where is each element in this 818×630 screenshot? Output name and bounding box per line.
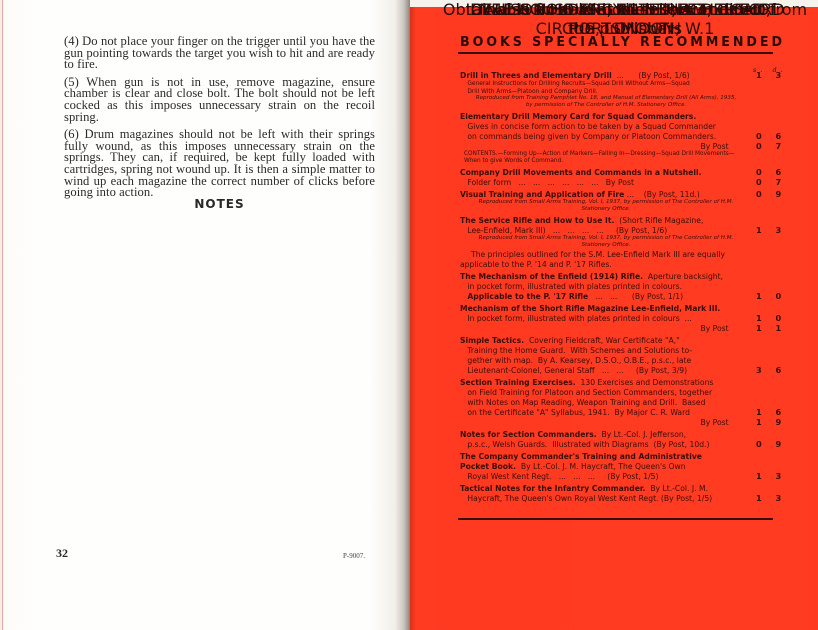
entry-text: on commands being given by Company or Pl…	[467, 131, 716, 141]
bottom-rule	[458, 518, 773, 520]
entry-remark: The principles outlined for the S.M. Lee…	[460, 249, 745, 269]
entry-line: Tactical Notes for the Infantry Commande…	[460, 483, 780, 493]
book-title: The Mechanism of the Enfield (1914) Rifl…	[460, 271, 643, 281]
entry-line: Section Training Exercises. 130 Exercise…	[460, 377, 780, 387]
entry-text: Aperture backsight,	[643, 271, 723, 281]
price: 1 3	[756, 493, 787, 503]
title-rule	[458, 52, 773, 54]
book-list: Drill in Threes and Elementary Drill ...…	[460, 70, 780, 505]
book-title: The Service Rifle and How to Use It.	[460, 215, 614, 225]
entry-line: Lieutenant-Colonel, General Staff ... ..…	[460, 365, 780, 375]
entry-text: By Post	[700, 141, 728, 151]
book-entry: The Company Commander's Training and Adm…	[460, 451, 780, 481]
instruction-paragraph-6: (6) Drum magazines should not be left wi…	[64, 129, 375, 199]
entry-contents: CONTENTS.—Forming Up—Action of Markers—F…	[460, 151, 749, 165]
entry-text: gether with map. By A. Kearsey, D.S.O., …	[467, 355, 691, 365]
price: 0 9	[756, 439, 787, 449]
book-title: Visual Training and Application of Fire	[460, 189, 624, 199]
permission-note: Reproduced from Small Arms Training, Vol…	[460, 235, 752, 249]
entry-text: Royal West Kent Regt. ... ... ... (By Po…	[467, 471, 658, 481]
book-entry: The Mechanism of the Enfield (1914) Rifl…	[460, 271, 780, 301]
book-entry: Elementary Drill Memory Card for Squad C…	[460, 111, 780, 165]
book-entry: Company Drill Movements and Commands in …	[460, 167, 780, 187]
book-title: Pocket Book.	[460, 461, 516, 471]
book-title: The Company Commander's Training and Adm…	[460, 451, 702, 461]
entry-text: p.s.c., Welsh Guards. Illustrated with D…	[467, 439, 709, 449]
entry-text: in pocket form, illustrated with plates …	[467, 281, 682, 291]
price: 1 3	[756, 70, 787, 80]
entry-text: Folder form ... ... ... ... ... ... By P…	[467, 177, 634, 187]
entry-line: The Company Commander's Training and Adm…	[460, 451, 780, 461]
entry-text: ... ... (By Post, 1/1)	[588, 291, 683, 301]
entry-line: The Mechanism of the Enfield (1914) Rifl…	[460, 271, 780, 281]
entry-text: By Lt.-Col. J. M.	[645, 483, 708, 493]
page-edge	[2, 0, 3, 630]
entry-text: By Lt.-Col. J. M. Haycraft, The Queen's …	[516, 461, 686, 471]
entry-line: gether with map. By A. Kearsey, D.S.O., …	[460, 355, 780, 365]
entry-line: in pocket form, illustrated with plates …	[460, 281, 780, 291]
price: 1 3	[756, 471, 787, 481]
entry-text: Haycraft, The Queen's Own Royal West Ken…	[467, 493, 712, 503]
price: 1 3	[756, 225, 787, 235]
entry-line: on Field Training for Platoon and Sectio…	[460, 387, 780, 397]
entry-line: Applicable to the P. '17 Rifle ... ... (…	[460, 291, 780, 301]
entry-text: (Short Rifle Magazine,	[614, 215, 703, 225]
price: 1 1	[756, 323, 787, 333]
entry-line: Haycraft, The Queen's Own Royal West Ken…	[460, 493, 780, 503]
instruction-paragraph-5: (5) When gun is not in use, remove magaz…	[64, 77, 375, 123]
entry-text: By Post	[700, 323, 728, 333]
entry-line: By Post1 9	[460, 417, 780, 427]
book-title: Mechanism of the Short Rifle Magazine Le…	[460, 303, 720, 313]
entry-line: Company Drill Movements and Commands in …	[460, 167, 780, 177]
price: 1 0	[756, 291, 787, 301]
instruction-paragraph-4: (4) Do not place your finger on the trig…	[64, 36, 375, 71]
price: 3 6	[756, 365, 787, 375]
price: 0 7	[756, 141, 787, 151]
entry-line: Notes for Section Commanders. By Lt.-Col…	[460, 429, 780, 439]
entry-text: 130 Exercises and Demonstrations	[576, 377, 714, 387]
book-entry: Tactical Notes for the Infantry Commande…	[460, 483, 780, 503]
price: 0 7	[756, 177, 787, 187]
book-title: Elementary Drill Memory Card for Squad C…	[460, 111, 696, 121]
entry-line: on commands being given by Company or Pl…	[460, 131, 780, 141]
entry-text: In pocket form, illustrated with plates …	[467, 313, 691, 323]
page-number: 32	[56, 546, 68, 561]
print-code: P-9007.	[343, 552, 365, 560]
entry-line: p.s.c., Welsh Guards. Illustrated with D…	[460, 439, 780, 449]
entry-line: Visual Training and Application of Fire …	[460, 189, 780, 199]
entry-line: By Post1 1	[460, 323, 780, 333]
book-entry: The Service Rifle and How to Use It. (Sh…	[460, 215, 780, 269]
book-title: Simple Tactics.	[460, 335, 524, 345]
entry-text: with Notes on Map Reading, Weapon Traini…	[467, 397, 705, 407]
entry-line: Simple Tactics. Covering Fieldcraft, War…	[460, 335, 780, 345]
entry-line: Royal West Kent Regt. ... ... ... (By Po…	[460, 471, 780, 481]
permission-note: Reproduced from Small Arms Training, Vol…	[460, 199, 752, 213]
price: 1 0	[756, 313, 787, 323]
book-entry: Section Training Exercises. 130 Exercise…	[460, 377, 780, 427]
book-title: Tactical Notes for the Infantry Commande…	[460, 483, 645, 493]
entry-text: on the Certificate "A" Syllabus, 1941. B…	[467, 407, 690, 417]
entry-text: ... (By Post, 11d.)	[624, 189, 699, 199]
entry-text: Lieutenant-Colonel, General Staff ... ..…	[467, 365, 687, 375]
entry-text: Drill With Arms—Platoon and Company Dril…	[467, 87, 597, 95]
entry-line: Drill With Arms—Platoon and Company Dril…	[460, 88, 780, 96]
entry-text: By Post	[700, 417, 728, 427]
instructions-text: (4) Do not place your finger on the trig…	[64, 36, 375, 205]
entry-text: Covering Fieldcraft, War Certificate "A,…	[524, 335, 680, 345]
entry-line: The Service Rifle and How to Use It. (Sh…	[460, 215, 780, 225]
notes-heading: NOTES	[64, 197, 375, 211]
entry-line: By Post0 7	[460, 141, 780, 151]
entry-text: on Field Training for Platoon and Sectio…	[467, 387, 712, 397]
book-title: Section Training Exercises.	[460, 377, 576, 387]
price: 0 6	[756, 167, 787, 177]
entry-text: Lee-Enfield, Mark III) ... ... ... ... (…	[467, 225, 667, 235]
book-entry: Mechanism of the Short Rifle Magazine Le…	[460, 303, 780, 333]
entry-line: Gives in concise form action to be taken…	[460, 121, 780, 131]
entry-line: Folder form ... ... ... ... ... ... By P…	[460, 177, 780, 187]
book-spread: (4) Do not place your finger on the trig…	[0, 0, 818, 630]
entry-line: Elementary Drill Memory Card for Squad C…	[460, 111, 780, 121]
showroom-address-portsmouth: NELSON HOUSE, EDINBURGH ROAD, PORTSMOUTH	[440, 0, 810, 38]
entry-line: Pocket Book. By Lt.-Col. J. M. Haycraft,…	[460, 461, 780, 471]
entry-line: on the Certificate "A" Syllabus, 1941. B…	[460, 407, 780, 417]
price: 1 9	[756, 417, 787, 427]
book-entry: Simple Tactics. Covering Fieldcraft, War…	[460, 335, 780, 375]
book-entry: Notes for Section Commanders. By Lt.-Col…	[460, 429, 780, 449]
entry-text: By Lt.-Col. J. Jefferson,	[597, 429, 686, 439]
entry-line: with Notes on Map Reading, Weapon Traini…	[460, 397, 780, 407]
price: 0 9	[756, 189, 787, 199]
entry-text: Training the Home Guard. With Schemes an…	[467, 345, 692, 355]
permission-note: Reproduced from Training Pamphlet No. 18…	[460, 95, 752, 109]
entry-line: Lee-Enfield, Mark III) ... ... ... ... (…	[460, 225, 780, 235]
entry-line: Training the Home Guard. With Schemes an…	[460, 345, 780, 355]
book-entry: Visual Training and Application of Fire …	[460, 189, 780, 213]
entry-line: In pocket form, illustrated with plates …	[460, 313, 780, 323]
entry-text: Gives in concise form action to be taken…	[467, 121, 716, 131]
price: 0 6	[756, 131, 787, 141]
entry-line: Mechanism of the Short Rifle Magazine Le…	[460, 303, 780, 313]
book-title: Company Drill Movements and Commands in …	[460, 167, 701, 177]
book-title: Notes for Section Commanders.	[460, 429, 597, 439]
book-entry: Drill in Threes and Elementary Drill ...…	[460, 70, 780, 109]
entry-emphasis: Applicable to the P. '17 Rifle	[467, 291, 588, 301]
price: 1 6	[756, 407, 787, 417]
